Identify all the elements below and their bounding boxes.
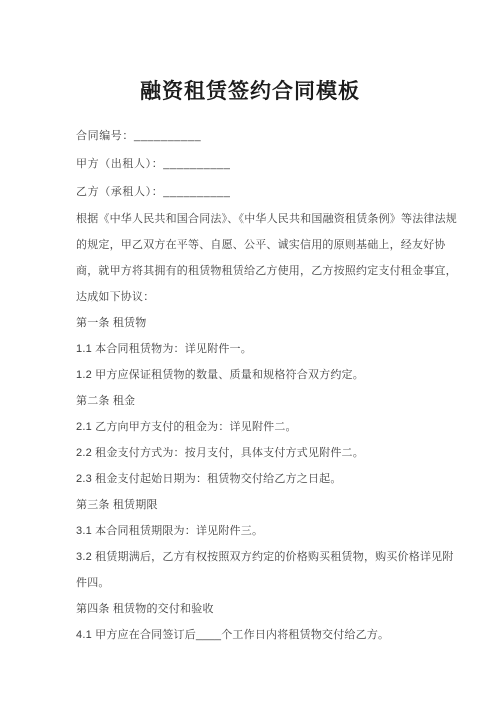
doc-line-body: 达成如下协议： <box>76 284 470 310</box>
doc-line-heading: 第一条 租赁物 <box>76 310 470 336</box>
doc-line-body: 商，就甲方将其拥有的租赁物租赁给乙方使用，乙方按照约定支付租金事宜， <box>76 258 470 284</box>
doc-line-clause: 件四。 <box>76 570 470 596</box>
doc-line-body: 根据《中华人民共和国合同法》、《中华人民共和国融资租赁条例》等法律法规 <box>76 206 470 232</box>
doc-line-clause: 2.1 乙方向甲方支付的租金为：详见附件二。 <box>76 414 470 440</box>
doc-line-body: 的规定，甲乙双方在平等、自愿、公平、诚实信用的原则基础上，经友好协 <box>76 232 470 258</box>
contract-document-page: 融资租赁签约合同模板 合同编号：__________甲方（出租人）：______… <box>0 0 500 707</box>
doc-line-clause: 1.1 本合同租赁物为：详见附件一。 <box>76 336 470 362</box>
document-lines: 合同编号：__________甲方（出租人）：__________乙方（承租人）… <box>0 122 500 648</box>
doc-line-heading: 第三条 租赁期限 <box>76 492 470 518</box>
doc-line-clause: 3.1 本合同租赁期限为：详见附件三。 <box>76 518 470 544</box>
doc-line-field: 合同编号：__________ <box>76 122 470 150</box>
doc-line-clause: 1.2 甲方应保证租赁物的数量、质量和规格符合双方约定。 <box>76 362 470 388</box>
doc-line-clause: 2.2 租金支付方式为：按月支付，具体支付方式见附件二。 <box>76 440 470 466</box>
doc-line-heading: 第四条 租赁物的交付和验收 <box>76 596 470 622</box>
doc-line-heading: 第二条 租金 <box>76 388 470 414</box>
document-title: 融资租赁签约合同模板 <box>0 78 500 106</box>
doc-line-field: 乙方（承租人）：__________ <box>76 178 470 206</box>
doc-line-clause: 4.1 甲方应在合同签订后____个工作日内将租赁物交付给乙方。 <box>76 622 470 648</box>
doc-line-clause: 2.3 租金支付起始日期为：租赁物交付给乙方之日起。 <box>76 466 470 492</box>
doc-line-field: 甲方（出租人）：__________ <box>76 150 470 178</box>
doc-line-clause: 3.2 租赁期满后，乙方有权按照双方约定的价格购买租赁物，购买价格详见附 <box>76 544 470 570</box>
